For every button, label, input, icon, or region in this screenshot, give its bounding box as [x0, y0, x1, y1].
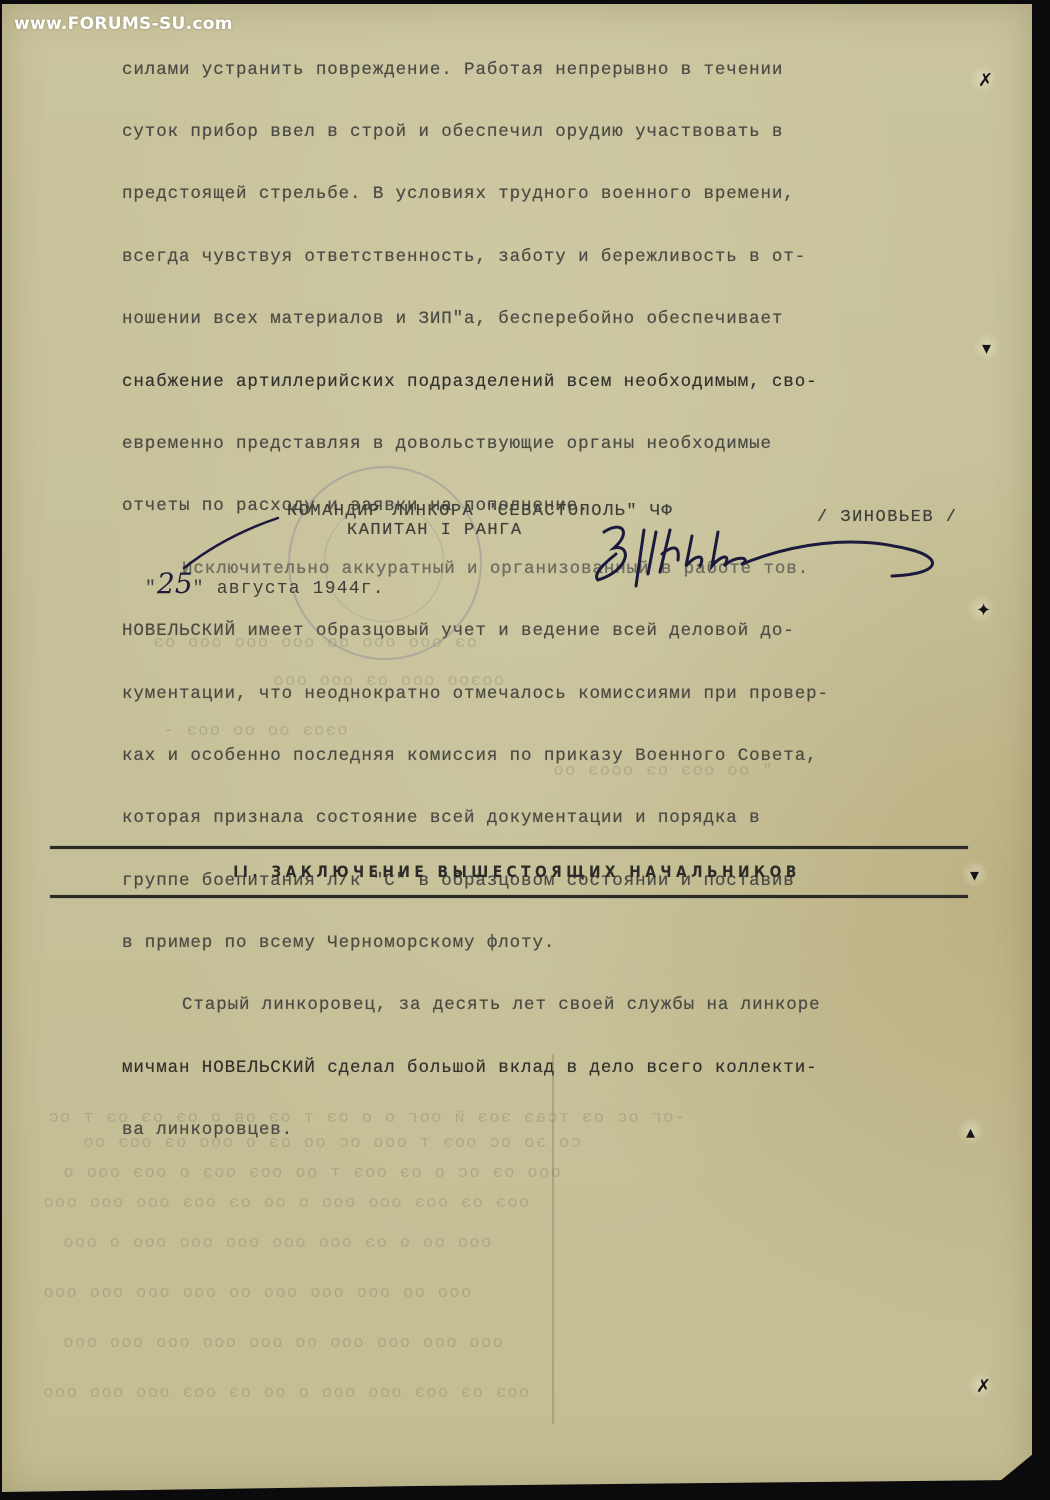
punch-hole-mark: ▾ [962, 859, 988, 889]
bleed-through-text: со эо ос ооэ т ооо ос оо оэ о ооо оэ ооэ… [82, 1134, 581, 1153]
bleed-through-text: ооо оэ ос о оэ ооэ т оо ооэ ооэ о ооэ оо… [62, 1164, 561, 1183]
bleed-through-text: ооэ оэ ооэ ооо ооо о оо оэ ооэ ооо ооо о… [42, 1384, 529, 1403]
text-line: кументации, что неоднократно отмечалось … [122, 684, 1022, 705]
bleed-through-text: ооэ оэ ооэ ооо ооо о оо оэ ооэ ооо ооо о… [42, 1194, 529, 1213]
date-day: 25 [157, 567, 193, 600]
bleed-through-text: ооо ооо ооо ооо оо ооо ооо ооо ооо ооо [62, 1334, 503, 1353]
text-line: силами устранить повреждение. Работая не… [122, 60, 1022, 81]
punch-hole-mark: ✦ [968, 594, 994, 624]
text-line: Старый линкоровец, за десять лет своей с… [122, 995, 1022, 1016]
punch-hole-mark: ✗ [970, 64, 996, 94]
punch-hole-mark: ▾ [974, 332, 1000, 362]
text-line: предстоящей стрельбе. В условиях трудног… [122, 184, 1022, 205]
document-page: www.FORUMS-SU.com силами устранить повре… [2, 4, 1032, 1492]
bleed-through-text: -ог ос оэ тсаэ эоэ й оог о о оэ т оэ ов … [47, 1109, 685, 1128]
date-close-quote: " [193, 579, 205, 599]
date-month-year: августа 1944г. [217, 579, 385, 599]
pen-stroke-mark [182, 512, 282, 572]
bleed-through-text: ооо оо о оэ ооо ооо ооо ооо ооо о ооо [62, 1234, 491, 1253]
section-divider-top [50, 846, 968, 849]
bleed-through-text: оэ ооо ооо оо ооо ооо ооо оэ [152, 634, 477, 653]
text-line: в пример по всему Черноморскому флоту. [122, 933, 1022, 954]
date-open-quote: " [145, 579, 157, 599]
award-description-text: силами устранить повреждение. Работая не… [122, 18, 1022, 1183]
official-seal-stamp [288, 466, 482, 660]
text-line: всегда чувствуя ответственность, заботу … [122, 247, 1022, 268]
handwritten-signature: Зиновьев [592, 514, 952, 594]
bleed-through-text: оэоэ оо оо ооэ - [162, 722, 348, 741]
punch-hole-mark: ✗ [968, 1370, 994, 1400]
bleed-through-text: ооо оо ооо ооо ооо оо ооо ооо ооо ооо [42, 1284, 471, 1303]
bleed-through-text: " оо ооэ оэ оооэ оо [552, 762, 772, 781]
text-line: мичман НОВЕЛЬСКИЙ сделал большой вклад в… [122, 1058, 1022, 1079]
text-line: снабжение артиллерийских подразделений в… [122, 372, 1022, 393]
text-line: евременно представляя в довольствующие о… [122, 434, 1022, 455]
section-heading: II. ЗАКЛЮЧЕНИЕ ВЫШЕСТОЯЩИХ НАЧАЛЬНИКОВ [74, 862, 960, 881]
text-line: ношении всех материалов и ЗИП"а, беспере… [122, 309, 1022, 330]
punch-hole-mark: ▴ [958, 1116, 984, 1146]
bleed-through-text: ооэоо ооо оэ ооо ооо [272, 672, 504, 691]
text-line: которая признала состояние всей документ… [122, 808, 1022, 829]
section-divider-bottom [50, 895, 968, 898]
document-date: "25" августа 1944г. [145, 567, 385, 600]
commander-rank: КАПИТАН I РАНГА [347, 521, 523, 540]
text-line: суток прибор ввел в строй и обеспечил ор… [122, 122, 1022, 143]
